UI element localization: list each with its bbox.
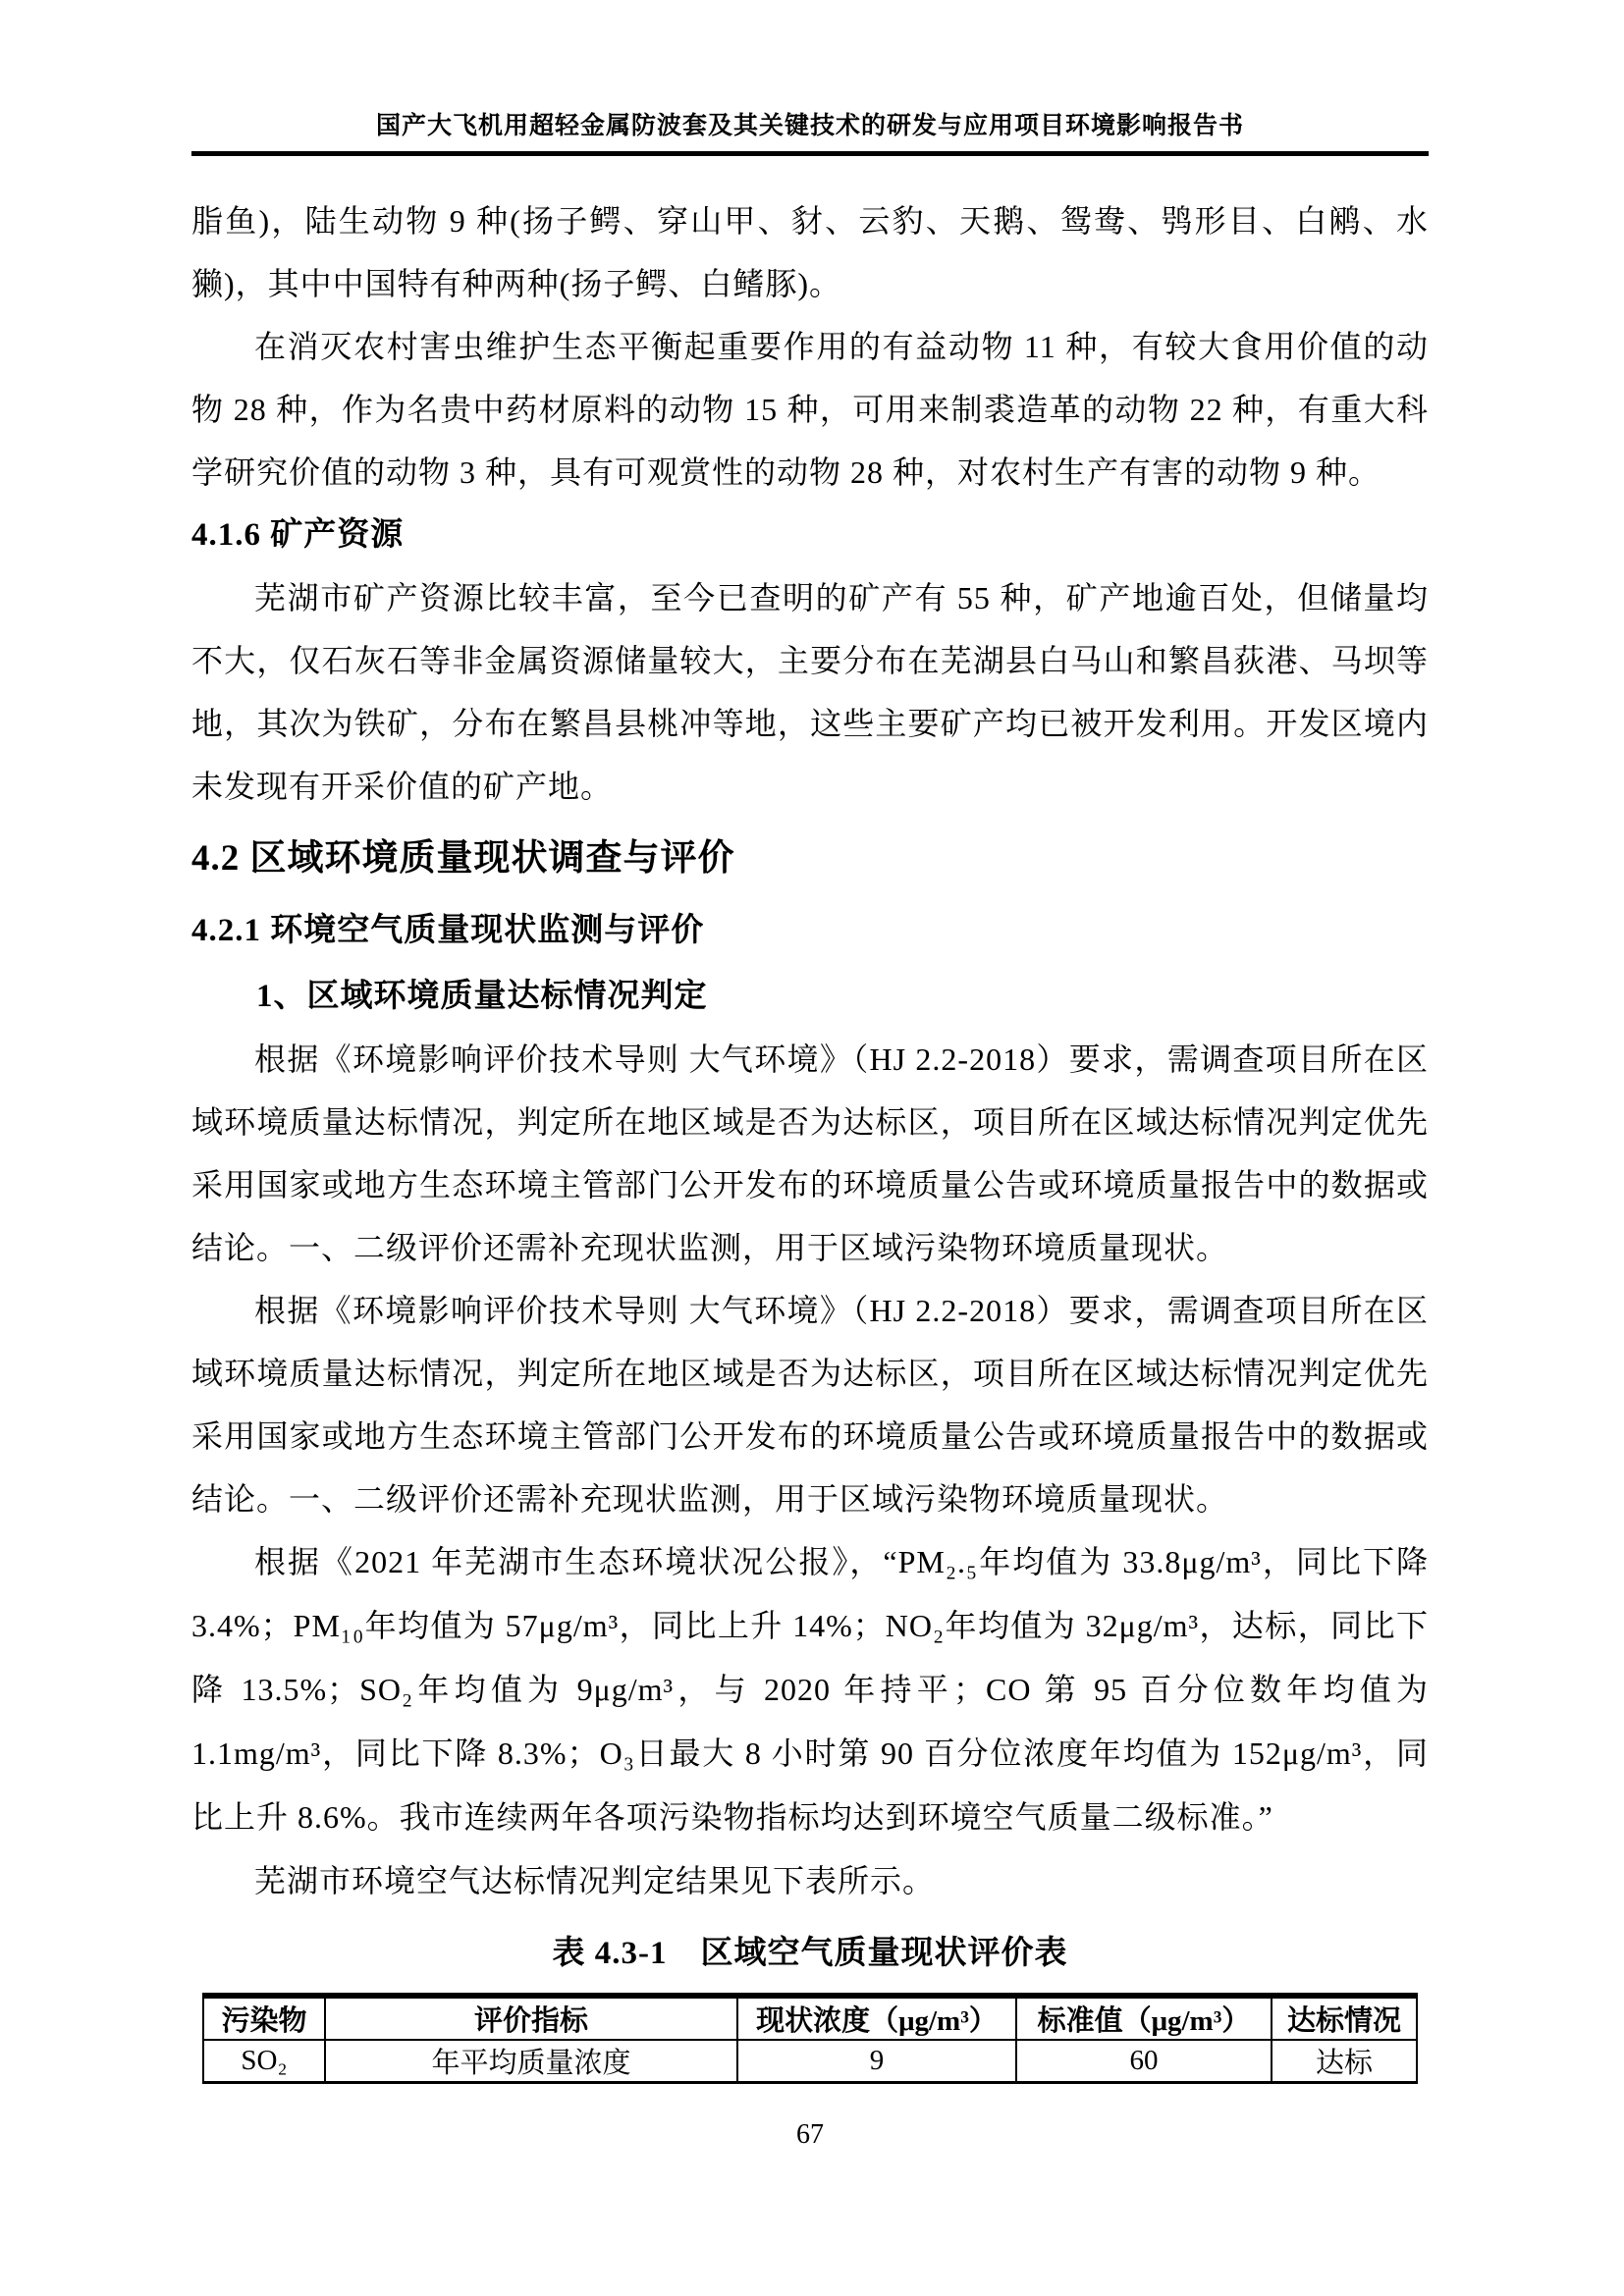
document-page: 国产大飞机用超轻金属防波套及其关键技术的研发与应用项目环境影响报告书 脂鱼)，陆… (0, 0, 1624, 2296)
cell-standard-value: 60 (1016, 2040, 1272, 2083)
cell-attainment-status: 达标 (1272, 2040, 1417, 2083)
header-title: 国产大飞机用超轻金属防波套及其关键技术的研发与应用项目环境影响报告书 (191, 106, 1429, 156)
cell-current-concentration: 9 (737, 2040, 1016, 2083)
cell-evaluation-index: 年平均质量浓度 (325, 2040, 737, 2083)
page-content: 国产大飞机用超轻金属防波套及其关键技术的研发与应用项目环境影响报告书 脂鱼)，陆… (191, 0, 1429, 2149)
paragraph-fauna-continued: 脂鱼)，陆生动物 9 种(扬子鳄、穿山甲、豺、云豹、天鹅、鸳鸯、鸮形目、白鹇、水… (191, 189, 1429, 315)
paragraph-table-intro: 芜湖市环境空气达标情况判定结果见下表所示。 (191, 1849, 1429, 1912)
table-header-pollutant: 污染物 (203, 1996, 325, 2040)
table-header-attainment-status: 达标情况 (1272, 1996, 1417, 2040)
page-body: 脂鱼)，陆生动物 9 种(扬子鳄、穿山甲、豺、云豹、天鹅、鸳鸯、鸮形目、白鹇、水… (191, 189, 1429, 2149)
cell-pollutant: SO₂ (203, 2040, 325, 2083)
table-header-evaluation-index: 评价指标 (325, 1996, 737, 2040)
air-quality-table: 污染物 评价指标 现状浓度（μg/m³） 标准值（μg/m³） 达标情况 SO₂… (202, 1993, 1418, 2084)
paragraph-hj-requirement-2: 根据《环境影响评价技术导则 大气环境》（HJ 2.2-2018）要求，需调查项目… (191, 1279, 1429, 1530)
paragraph-mineral-resources: 芜湖市矿产资源比较丰富，至今已查明的矿产有 55 种，矿产地逾百处，但储量均不大… (191, 566, 1429, 818)
paragraph-2021-bulletin: 根据《2021 年芜湖市生态环境状况公报》，“PM₂.₅年均值为 33.8μg/… (191, 1530, 1429, 1849)
page-header: 国产大飞机用超轻金属防波套及其关键技术的研发与应用项目环境影响报告书 (191, 0, 1429, 156)
table-header-current-concentration: 现状浓度（μg/m³） (737, 1996, 1016, 2040)
heading-4-2-regional-env-quality: 4.2 区域环境质量现状调查与评价 (191, 824, 1429, 894)
paragraph-beneficial-animals: 在消灭农村害虫维护生态平衡起重要作用的有益动物 11 种，有较大食用价值的动物 … (191, 315, 1429, 504)
heading-4-1-6-mineral-resources: 4.1.6 矿产资源 (191, 504, 1429, 566)
heading-4-2-1-air-quality-monitoring: 4.2.1 环境空气质量现状监测与评价 (191, 898, 1429, 963)
table-title: 表 4.3-1 区域空气质量现状评价表 (191, 1922, 1429, 1985)
table-header-standard-value: 标准值（μg/m³） (1016, 1996, 1272, 2040)
page-number: 67 (191, 2121, 1429, 2149)
table-row-so2: SO₂ 年平均质量浓度 9 60 达标 (203, 2040, 1417, 2083)
page-footer: 67 (191, 2121, 1429, 2149)
heading-item-1-attainment-judgement: 1、区域环境质量达标情况判定 (191, 965, 1429, 1028)
table-header-row: 污染物 评价指标 现状浓度（μg/m³） 标准值（μg/m³） 达标情况 (203, 1996, 1417, 2040)
paragraph-hj-requirement-1: 根据《环境影响评价技术导则 大气环境》（HJ 2.2-2018）要求，需调查项目… (191, 1028, 1429, 1279)
